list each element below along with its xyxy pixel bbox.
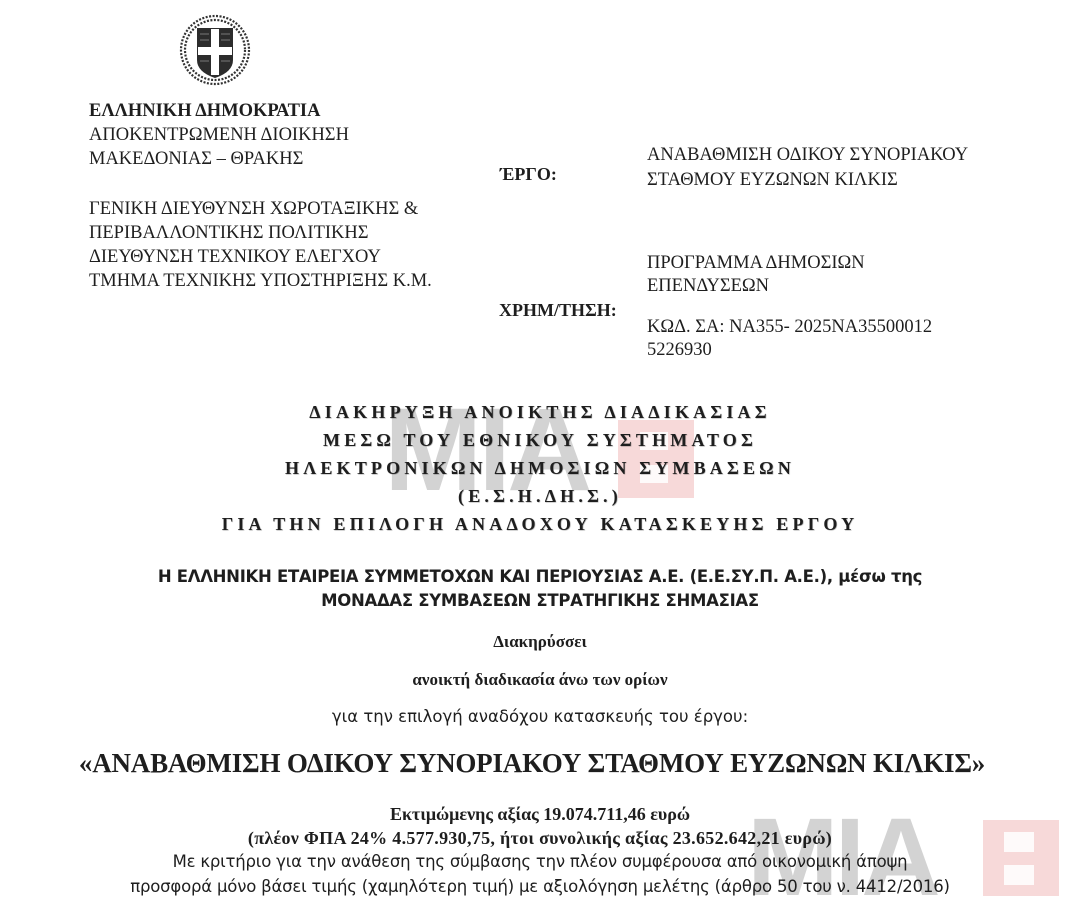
award-criterion-line2: προσφορά μόνο βάσει τιμής (χαμηλότερη τι…	[0, 877, 1080, 896]
issuer-country: ΕΛΛΗΝΙΚΗ ΔΗΜΟΚΡΑΤΙΑ	[89, 100, 320, 123]
issuer-authority-line2: ΜΑΚΕΔΟΝΙΑΣ – ΘΡΑΚΗΣ	[89, 148, 303, 171]
project-label: ΈΡΓΟ:	[500, 164, 557, 185]
notice-title-line1: ΔΙΑΚΗΡΥΞΗ ΑΝΟΙΚΤΗΣ ΔΙΑΔΙΚΑΣΙΑΣ	[0, 398, 1080, 426]
procedure-type: ανοικτή διαδικασία άνω των ορίων	[0, 670, 1080, 690]
contracting-org-line1: Η ΕΛΛΗΝΙΚΗ ΕΤΑΙΡΕΙΑ ΣΥΜΜΕΤΟΧΩΝ ΚΑΙ ΠΕΡΙΟ…	[0, 567, 1080, 586]
notice-title-line4: (Ε.Σ.Η.ΔΗ.Σ.)	[0, 482, 1080, 510]
greek-coat-of-arms-icon	[175, 10, 255, 90]
issuer-dept-line1: ΓΕΝΙΚΗ ΔΙΕΥΘΥΝΣΗ ΧΩΡΟΤΑΞΙΚΗΣ &	[89, 198, 418, 221]
notice-title-line2: ΜΕΣΩ ΤΟΥ ΕΘΝΙΚΟΥ ΣΥΣΤΗΜΑΤΟΣ	[0, 426, 1080, 454]
contracting-org-line2: ΜΟΝΑΔΑΣ ΣΥΜΒΑΣΕΩΝ ΣΤΡΑΤΗΓΙΚΗΣ ΣΗΜΑΣΙΑΣ	[0, 591, 1080, 610]
award-criterion-line1: Με κριτήριο για την ανάθεση της σύμβασης…	[0, 852, 1080, 871]
funding-code-line2: 5226930	[647, 338, 712, 363]
funding-label: ΧΡΗΜ/ΤΗΣΗ:	[499, 300, 617, 321]
notice-title-line5: ΓΙΑ ΤΗΝ ΕΠΙΛΟΓΗ ΑΝΑΔΟΧΟΥ ΚΑΤΑΣΚΕΥΗΣ ΕΡΓΟ…	[0, 510, 1080, 538]
funding-program-line2: ΕΠΕΝΔΥΣΕΩΝ	[647, 274, 769, 299]
notice-title-line3: ΗΛΕΚΤΡΟΝΙΚΩΝ ΔΗΜΟΣΙΩΝ ΣΥΜΒΑΣΕΩΝ	[0, 454, 1080, 482]
vat-total-value: (πλέον ΦΠΑ 24% 4.577.930,75, ήτοι συνολι…	[0, 828, 1080, 849]
funding-code-line1: ΚΩΔ. ΣΑ: ΝΑ355- 2025ΝΑ35500012	[647, 315, 932, 340]
declares-text: Διακηρύσσει	[0, 632, 1080, 652]
issuer-dept-line2: ΠΕΡΙΒΑΛΛΟΝΤΙΚΗΣ ΠΟΛΙΤΙΚΗΣ	[89, 222, 369, 245]
estimated-value: Εκτιμώμενης αξίας 19.074.711,46 ευρώ	[0, 804, 1080, 825]
funding-program-line1: ΠΡΟΓΡΑΜΜΑ ΔΗΜΟΣΙΩΝ	[647, 251, 865, 276]
purpose-text: για την επιλογή αναδόχου κατασκευής του …	[0, 707, 1080, 726]
issuer-dept-line3: ΔΙΕΥΘΥΝΣΗ ΤΕΧΝΙΚΟΥ ΕΛΕΓΧΟΥ	[89, 246, 381, 269]
project-title: «ΑΝΑΒΑΘΜΙΣΗ ΟΔΙΚΟΥ ΣΥΝΟΡΙΑΚΟΥ ΣΤΑΘΜΟΥ ΕΥ…	[0, 748, 1072, 779]
project-value-line2: ΣΤΑΘΜΟΥ ΕΥΖΩΝΩΝ ΚΙΛΚΙΣ	[647, 168, 898, 193]
issuer-authority-line1: ΑΠΟΚΕΝΤΡΩΜΕΝΗ ΔΙΟΙΚΗΣΗ	[89, 124, 349, 147]
issuer-dept-line4: ΤΜΗΜΑ ΤΕΧΝΙΚΗΣ ΥΠΟΣΤΗΡΙΞΗΣ Κ.Μ.	[89, 270, 432, 293]
project-value-line1: ΑΝΑΒΑΘΜΙΣΗ ΟΔΙΚΟΥ ΣΥΝΟΡΙΑΚΟΥ	[647, 143, 968, 168]
